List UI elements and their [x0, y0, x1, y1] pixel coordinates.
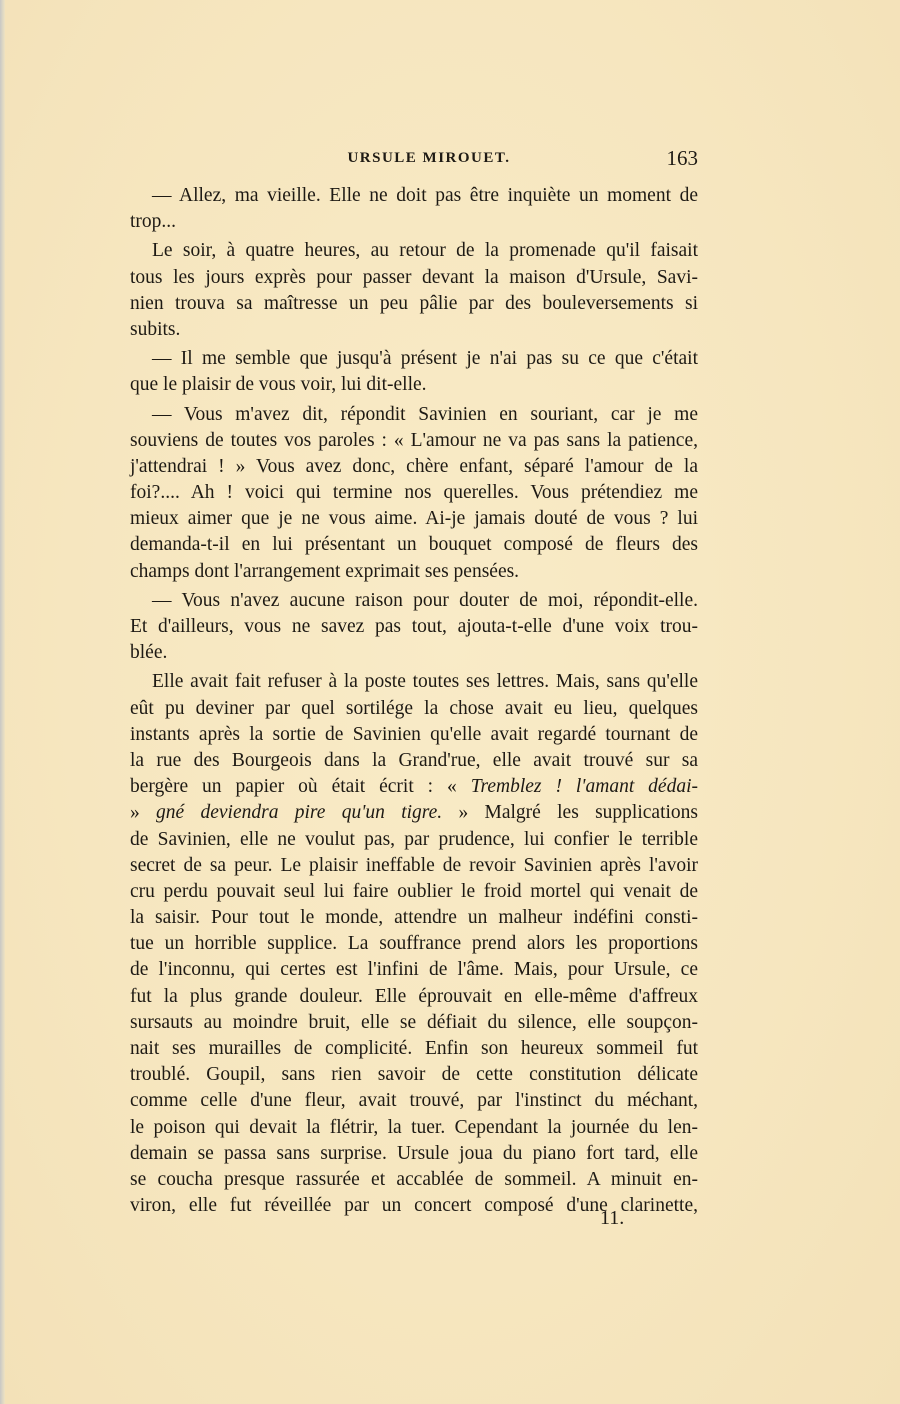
book-page: URSULE MIROUET. 163 — Allez, ma vieille.… [0, 0, 900, 1404]
text-line: troublé. Goupil, sans rien savoir de cet… [130, 1062, 698, 1088]
body-text: — Allez, ma vieille. Elle ne doit pas êt… [130, 183, 698, 1219]
text-line-with-quote: bergère un papier où était écrit : « Tre… [130, 774, 698, 800]
quoted-note: Tremblez ! l'amant dédai- [471, 776, 698, 797]
text-line: Elle avait fait refuser à la poste toute… [130, 669, 698, 695]
text-line: demain se passa sans surprise. Ursule jo… [130, 1141, 698, 1167]
text-line: subits. [130, 317, 698, 343]
page-edge [0, 0, 5, 1404]
text-line: nait ses murailles de complicité. Enfin … [130, 1036, 698, 1062]
page-number: 163 [667, 146, 699, 171]
text-line: nien trouva sa maîtresse un peu pâlie pa… [130, 291, 698, 317]
text-line: blée. [130, 640, 698, 666]
text-line: sursauts au moindre bruit, elle se défia… [130, 1010, 698, 1036]
text-line: instants après la sortie de Savinien qu'… [130, 722, 698, 748]
text-line: comme celle d'une fleur, avait trouvé, p… [130, 1088, 698, 1114]
text-line: tous les jours exprès pour passer devant… [130, 265, 698, 291]
text-line: fut la plus grande douleur. Elle éprouva… [130, 984, 698, 1010]
page-header: URSULE MIROUET. 163 [130, 150, 698, 180]
text-line: secret de sa peur. Le plaisir ineffable … [130, 853, 698, 879]
text-line: demanda-t-il en lui présentant un bouque… [130, 532, 698, 558]
text-line: tue un horrible supplice. La souffrance … [130, 931, 698, 957]
text-line: le poison qui devait la flétrir, la tuer… [130, 1115, 698, 1141]
text-line: trop... [130, 209, 698, 235]
quoted-note: gné deviendra pire qu'un tigre. [156, 802, 442, 823]
text-line: cru perdu pouvait seul lui faire oublier… [130, 879, 698, 905]
text-line: la rue des Bourgeois dans la Grand'rue, … [130, 748, 698, 774]
text-line: mieux aimer que je ne vous aime. Ai-je j… [130, 506, 698, 532]
text-line: — Vous m'avez dit, répondit Savinien en … [130, 402, 698, 428]
signature-mark: 11. [600, 1207, 624, 1230]
text-line: la saisir. Pour tout le monde, attendre … [130, 905, 698, 931]
text-line: — Vous n'avez aucune raison pour douter … [130, 588, 698, 614]
text-line: Le soir, à quatre heures, au retour de l… [130, 238, 698, 264]
text-line: j'attendrai ! » Vous avez donc, chère en… [130, 454, 698, 480]
text-line-with-quote: » gné deviendra pire qu'un tigre. » Malg… [130, 800, 698, 826]
text-line: se coucha presque rassurée et accablée d… [130, 1167, 698, 1193]
text-line: que le plaisir de vous voir, lui dit-ell… [130, 372, 698, 398]
text-line: — Il me semble que jusqu'à présent je n'… [130, 346, 698, 372]
running-title: URSULE MIROUET. [130, 150, 698, 167]
text-line: de l'inconnu, qui certes est l'infini de… [130, 957, 698, 983]
text-line: foi?.... Ah ! voici qui termine nos quer… [130, 480, 698, 506]
text-line: souviens de toutes vos paroles : « L'amo… [130, 428, 698, 454]
text-line: Et d'ailleurs, vous ne savez pas tout, a… [130, 614, 698, 640]
text-line: — Allez, ma vieille. Elle ne doit pas êt… [130, 183, 698, 209]
text-line: de Savinien, elle ne voulut pas, par pru… [130, 827, 698, 853]
text-line: champs dont l'arrangement exprimait ses … [130, 559, 698, 585]
text-line: eût pu deviner par quel sortilége la cho… [130, 696, 698, 722]
